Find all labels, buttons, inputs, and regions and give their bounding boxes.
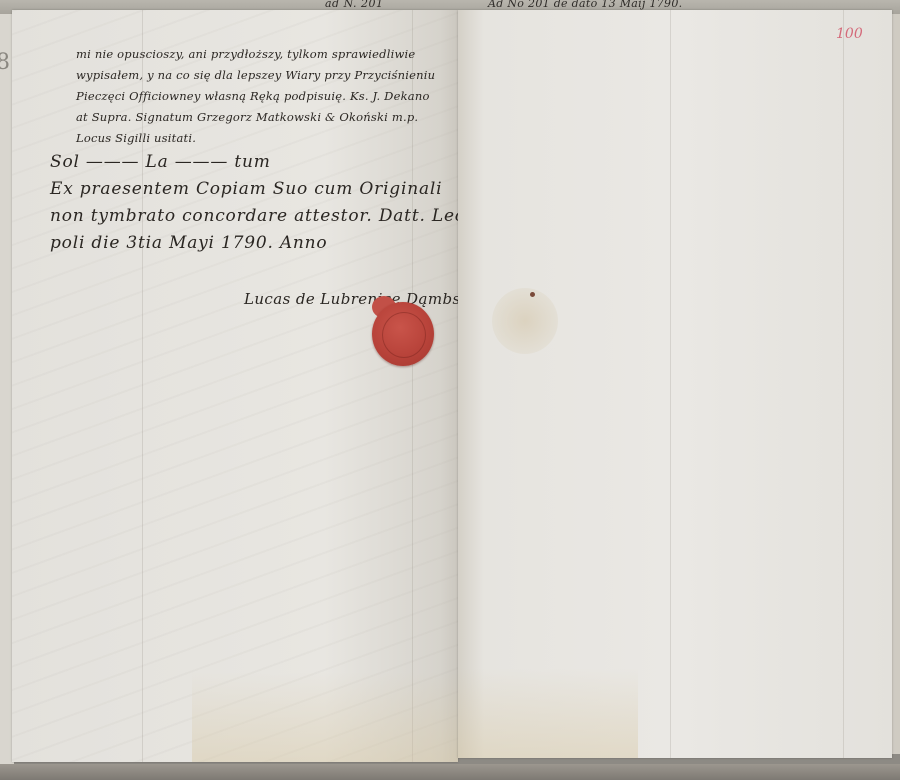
signature: Lucas de Lubrenice Dąmbski — [244, 290, 475, 308]
folio-number: 100 — [836, 26, 863, 42]
water-stain — [192, 672, 458, 762]
wax-seal-icon — [370, 296, 436, 368]
water-stain — [458, 668, 638, 758]
left-page: mi nie opuscioszy, ani przydłoższy, tylk… — [12, 10, 458, 762]
backdrop-note-left: ad N. 201 — [325, 0, 384, 10]
fold-line — [670, 10, 671, 758]
backdrop-note-right: Ad No 201 de dato 13 Maij 1790. — [488, 0, 682, 10]
text-line-5: Locus Sigilli usitati. — [32, 128, 462, 149]
underlying-page-number: 8 — [0, 50, 10, 75]
text-line-6: Sol ——— La ——— tum — [32, 149, 462, 176]
text-line-2: wypisałem, y na co się dla lepszey Wiary… — [32, 65, 462, 86]
right-page — [458, 10, 892, 758]
text-line-9: poli die 3tia Mayi 1790. Anno — [32, 230, 462, 257]
seal-impression — [382, 312, 426, 358]
fold-line — [843, 10, 844, 758]
text-line-8: non tymbrato concordare attestor. Datt. … — [32, 203, 462, 230]
text-line-7: Ex praesentem Copiam Suo cum Originali — [32, 176, 462, 203]
text-line-4: at Supra. Signatum Grzegorz Matkowski & … — [32, 107, 462, 128]
text-line-1: mi nie opuscioszy, ani przydłoższy, tylk… — [32, 44, 462, 65]
text-line-3: Pieczęci Officiowney własną Ręką podpisu… — [32, 86, 462, 107]
bottom-stack-edge — [0, 764, 900, 780]
seal-offset-dot — [530, 292, 535, 297]
manuscript-text: mi nie opuscioszy, ani przydłoższy, tylk… — [32, 44, 462, 257]
seal-offset-stain — [492, 288, 558, 354]
